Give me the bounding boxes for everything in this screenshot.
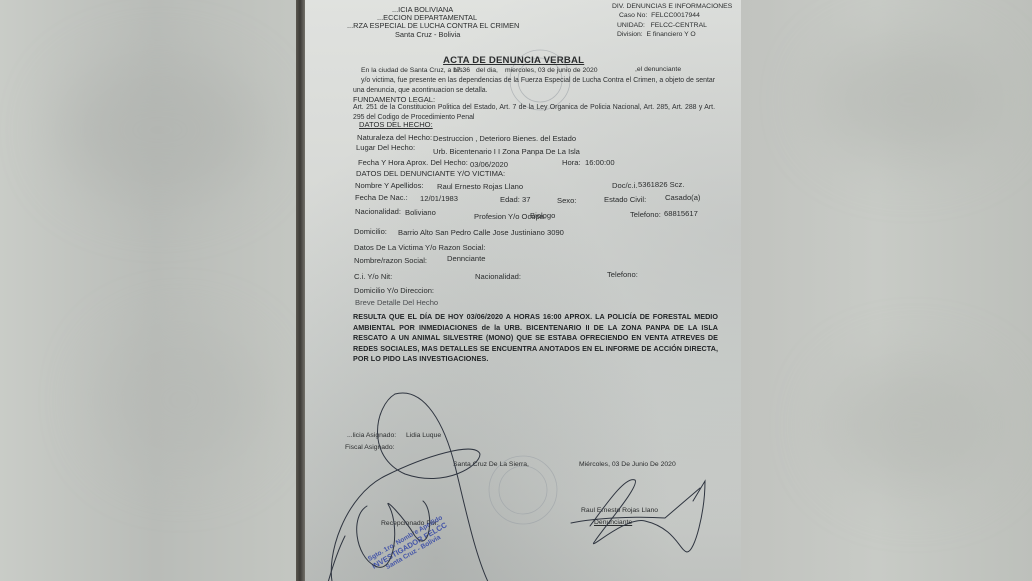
handwritten-signatures — [305, 0, 741, 581]
background-blur — [100, 330, 260, 470]
document-page: ...ICIA BOLIVIANA ...ECCION DEPARTAMENTA… — [305, 0, 741, 581]
background-blur — [820, 40, 1000, 160]
background-blur — [60, 60, 260, 200]
background-blur — [830, 360, 1000, 490]
